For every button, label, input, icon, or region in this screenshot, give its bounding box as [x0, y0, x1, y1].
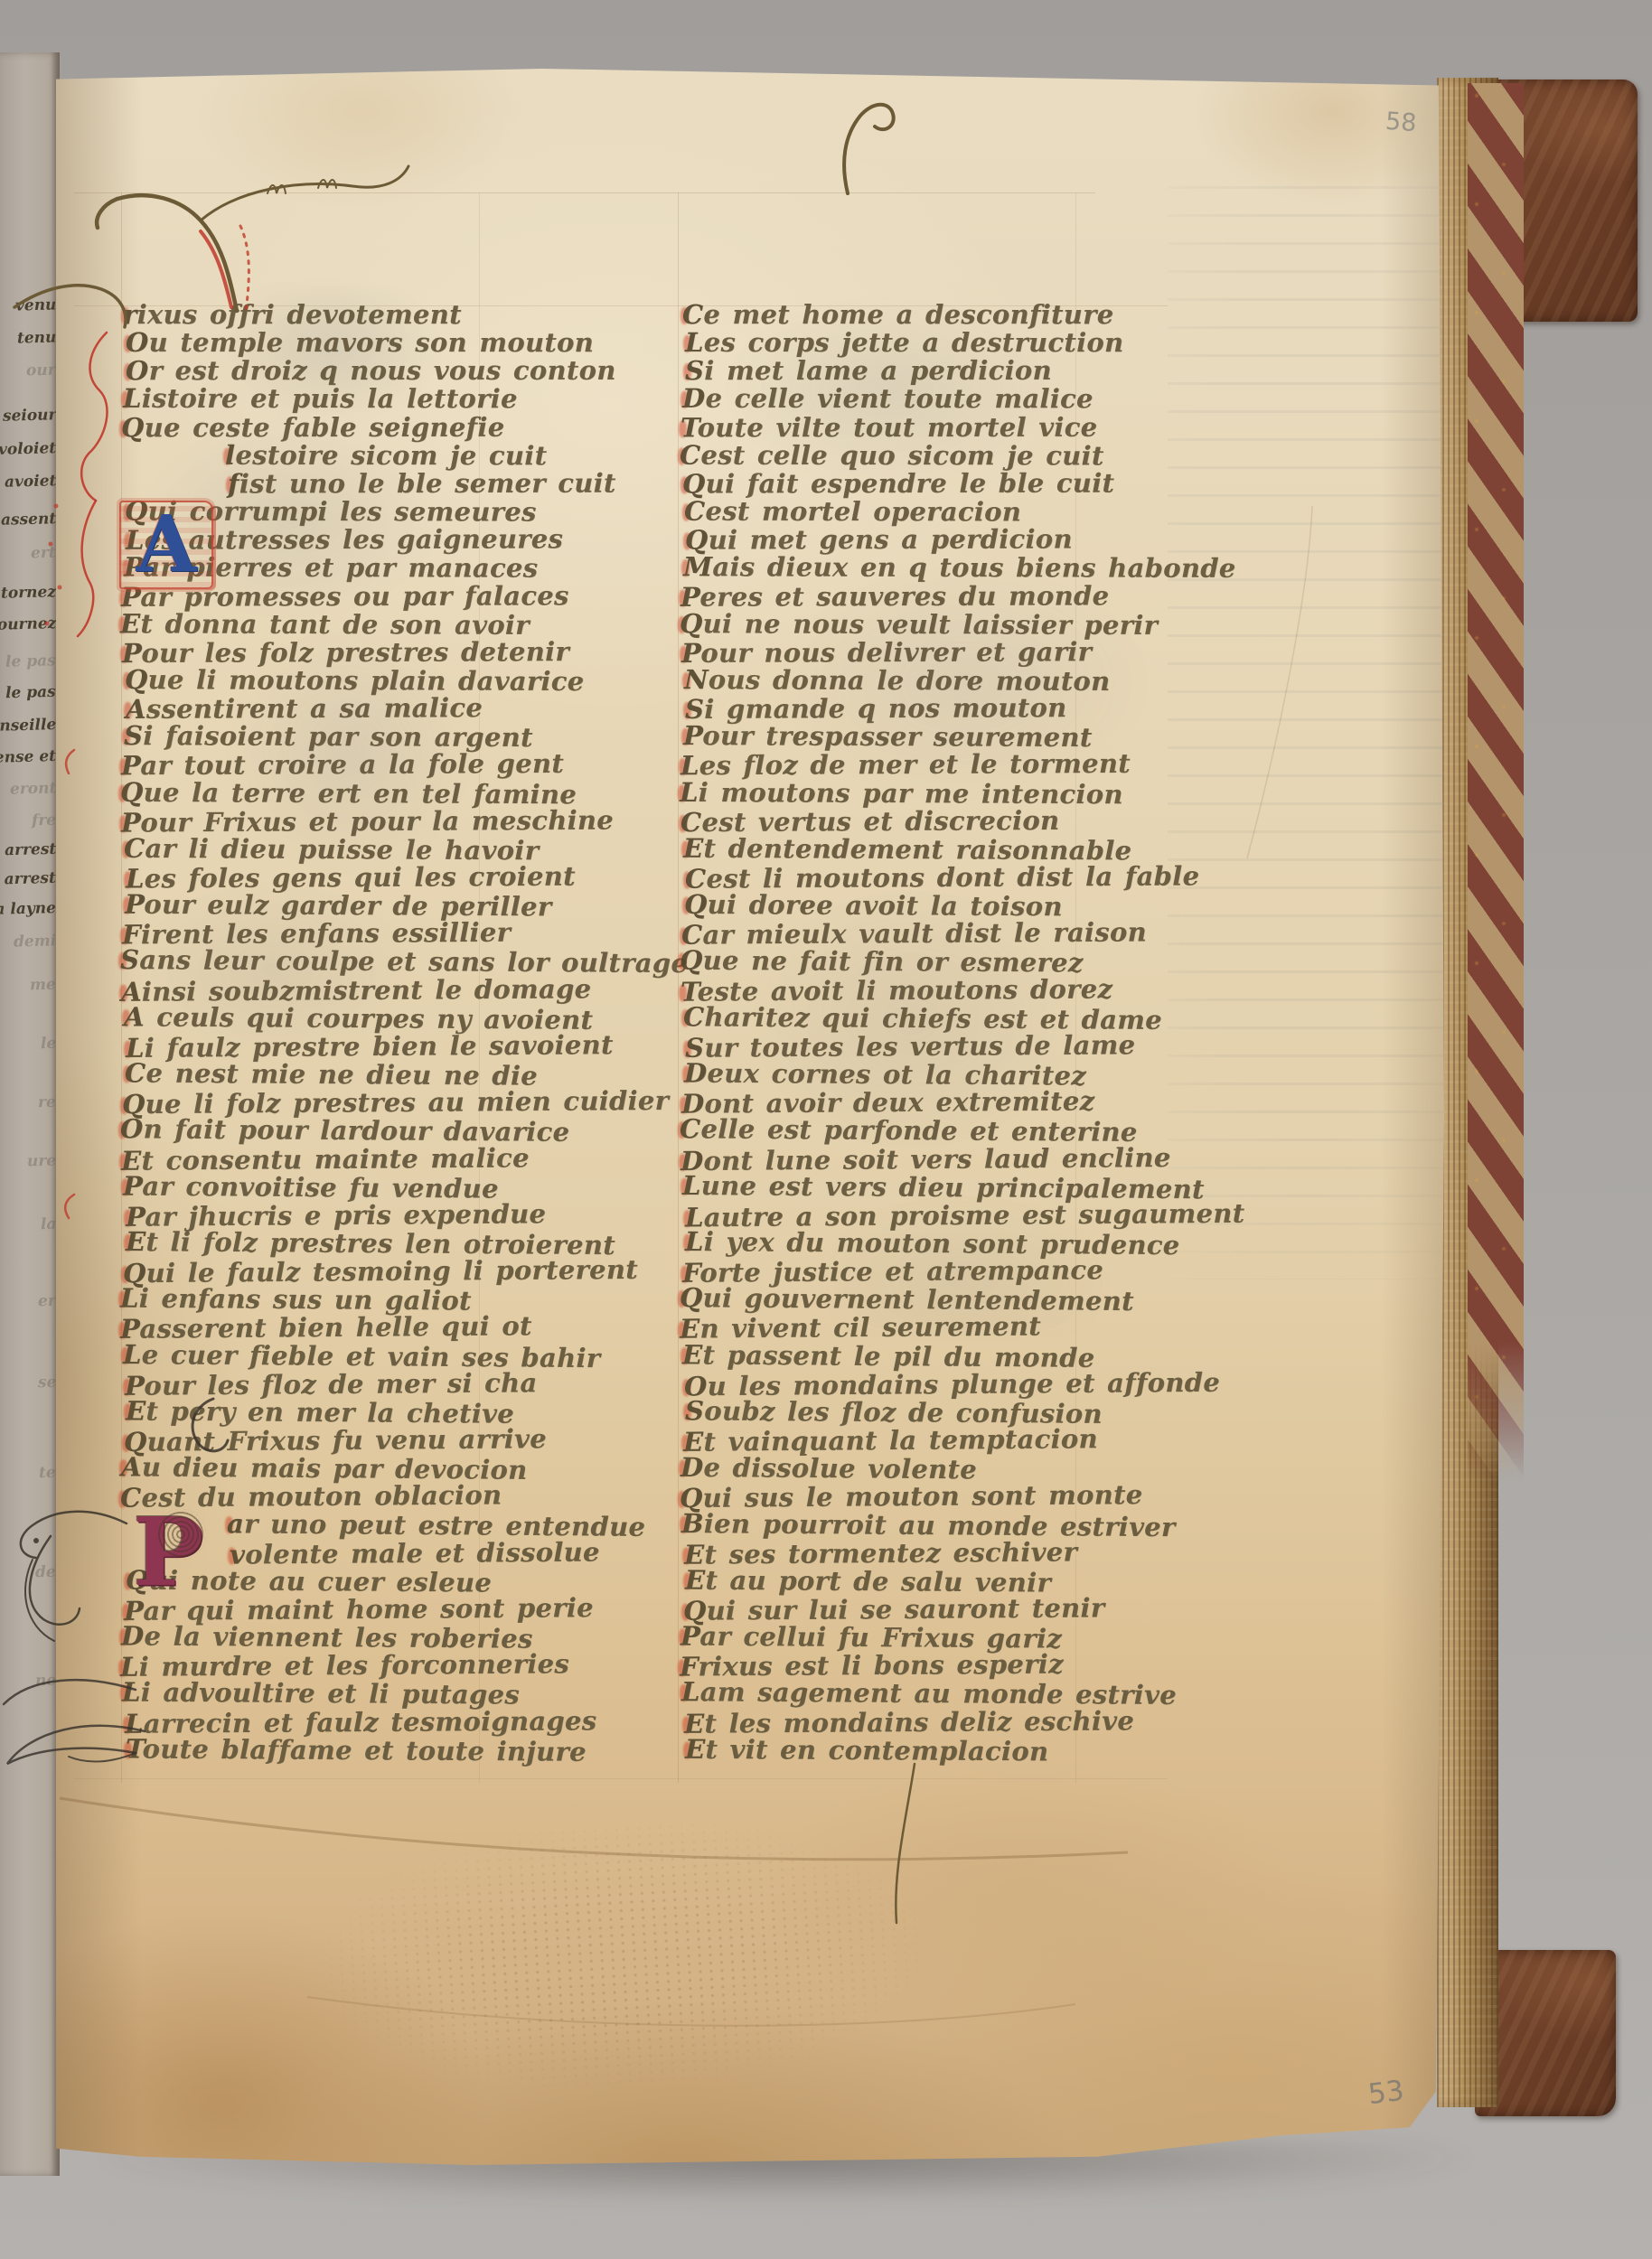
verse-line: fist uno le ble semer cuit: [227, 467, 615, 499]
rubricated-capital: E: [125, 1226, 145, 1257]
rubricated-capital: L: [122, 1677, 141, 1708]
rubricated-capital: C: [682, 299, 703, 330]
rubricated-capital: E: [685, 1733, 706, 1764]
initial-P-spiral-infill: [155, 1509, 206, 1560]
verse-line: Toute vilte tout mortel vice: [681, 411, 1097, 443]
rubricated-capital: D: [681, 1452, 704, 1483]
rubricated-capital: Q: [681, 468, 705, 499]
marginal-fragment: se: [37, 1373, 56, 1392]
marginal-fragment: le pas: [5, 651, 56, 670]
marginal-fragment: ert: [31, 544, 56, 563]
rubricated-capital: B: [681, 1507, 704, 1538]
rubricated-capital: L: [123, 383, 142, 414]
rubricated-capital: L: [123, 1338, 142, 1369]
marginal-fragment: assent: [1, 510, 57, 530]
rubricated-capital: D: [682, 383, 705, 414]
verse-line: Mais dieux en q tous biens habonde: [683, 551, 1236, 584]
rubricated-capital: O: [120, 1113, 144, 1144]
facing-page-edge: venutenuourseiourvoloietavoietassentertt…: [0, 52, 60, 2176]
marginal-fragment: voloiet: [0, 439, 56, 459]
verse-line: Pour nous delivrer et garir: [681, 636, 1092, 669]
rubricated-capital: E: [126, 1395, 146, 1426]
marginal-fragment: me: [30, 976, 56, 995]
marginal-fragment: our: [26, 361, 56, 380]
rubricated-capital: L: [681, 1676, 700, 1707]
marginal-fragment: la layne: [0, 899, 56, 919]
marginal-fragment: seiour: [2, 406, 56, 426]
verse-line: Ce met home a desconfiture: [682, 299, 1113, 330]
marginal-fragment: nul arrest: [0, 840, 56, 860]
verse-line: Que li moutons plain davarice: [125, 664, 585, 697]
marginal-fragment: eront: [9, 779, 56, 798]
marginal-fragment: venu: [14, 295, 56, 314]
verse-line: Qui ne nous veult laissier perir: [680, 608, 1158, 641]
initial-letter-A: A: [136, 506, 197, 584]
rubricated-capital: C: [125, 1057, 146, 1088]
rubricated-capital: T: [126, 1733, 143, 1764]
verse-line: Cest mortel operacion: [684, 496, 1021, 528]
rubricated-capital: l: [225, 440, 235, 471]
rubricated-capital: S: [685, 1395, 705, 1426]
verse-line: Ou temple mavors son mouton: [126, 327, 594, 358]
marginal-fragment: tournez: [0, 614, 56, 634]
parchment-follicle-speckle: [319, 1810, 928, 2103]
manuscript-photograph: venutenuourseiourvoloietavoietassentertt…: [0, 0, 1652, 2259]
rubricated-capital: L: [685, 327, 704, 358]
verse-line: Si met lame a perdicion: [685, 355, 1052, 386]
rubricated-capital: E: [682, 1339, 703, 1370]
rubricated-capital: C: [684, 496, 705, 527]
folio-number-pencil-top: 58: [1384, 108, 1417, 137]
verse-line: Et vit en contemplacion: [685, 1733, 1049, 1767]
marginal-fragment: avoiet: [4, 472, 56, 491]
rubricated-capital: L: [120, 1283, 139, 1314]
rubricated-capital: A: [124, 1001, 145, 1032]
rubricated-capital: E: [683, 833, 704, 864]
verse-line: Que ceste fable seignefie: [121, 411, 504, 443]
rubricated-capital: O: [126, 355, 149, 386]
verse-line: Listoire et puis la lettorie: [123, 383, 518, 414]
rubricated-capital: L: [682, 1169, 701, 1200]
verse-line: Et donna tant de son avoir: [120, 608, 530, 641]
verse-line: lestoire sicom je cuit: [225, 440, 547, 472]
rubricated-capital: A: [121, 1451, 142, 1482]
rubricated-capital: E: [685, 1564, 706, 1595]
rubricated-capital: P: [125, 889, 145, 920]
marginal-fragment: fre: [32, 811, 57, 830]
rubricated-capital: O: [126, 327, 149, 358]
marginal-fragment: un arrest: [0, 869, 56, 889]
rubricated-capital: P: [683, 720, 702, 751]
rubricated-capital: C: [124, 833, 145, 864]
marginal-fragment: re: [38, 1093, 56, 1112]
rubricated-capital: E: [120, 608, 141, 639]
marginal-fragment: ble le pas: [0, 683, 56, 703]
verse-line: Les corps jette a destruction: [685, 327, 1123, 358]
rubricated-capital: L: [684, 1226, 703, 1257]
rubricated-capital: Q: [680, 945, 703, 976]
rubricated-capital: T: [681, 412, 698, 443]
rubricated-capital: S: [120, 944, 139, 975]
rubricated-capital: Q: [680, 608, 703, 639]
rubricated-capital: Q: [120, 776, 144, 807]
rubricated-capital: P: [681, 1620, 700, 1651]
rubricated-capital: S: [685, 355, 704, 386]
verse-line: Cest celle quo sicom je cuit: [680, 439, 1104, 471]
rubricated-capital: Q: [680, 1282, 703, 1313]
marginal-fragment: te: [39, 1464, 56, 1482]
manuscript-page: 58 rixus offri devotementOu temple mavor…: [56, 69, 1444, 2165]
marginal-fragment: de: [35, 1563, 56, 1582]
marginal-fragment: le: [40, 1035, 56, 1053]
marginal-fragment: ure: [27, 1152, 57, 1171]
rubricated-capital: a: [227, 1508, 244, 1539]
outer-edge-shade: [1381, 69, 1444, 2165]
marginal-fragment: onseille: [0, 716, 56, 736]
verse-line: Les floz de mer et le torment: [681, 748, 1131, 781]
verse-line: volente male et dissolue: [230, 1536, 600, 1570]
marginal-fragment: er: [38, 1292, 56, 1311]
ruling-line-top: [74, 192, 1095, 193]
marginal-fragment: tenu: [16, 328, 56, 347]
marginal-fragment: la: [40, 1215, 56, 1233]
marginal-fragment: ne: [35, 1672, 57, 1691]
ruling-line-bottom: [74, 1778, 1168, 1779]
verse-line: De celle vient toute malice: [682, 383, 1094, 414]
folio-number-pencil-bottom: 53: [1366, 2075, 1406, 2112]
fore-edge-decorated-pattern: [1468, 83, 1524, 1482]
rubricated-capital: r: [123, 299, 137, 330]
illuminated-initial-A: A: [119, 501, 213, 589]
rubricated-capital: Q: [125, 664, 148, 695]
verse-line: Toute blaffame et toute injure: [126, 1733, 587, 1767]
rubricated-capital: D: [684, 1057, 708, 1088]
verse-line: rixus offri devotement: [123, 299, 462, 330]
rubricated-capital: P: [123, 1170, 143, 1201]
verse-line: Qui fait espendre le ble cuit: [681, 467, 1113, 499]
marginal-fragment: demi: [14, 932, 57, 951]
marginal-fragment: pense et: [0, 747, 56, 767]
rubricated-capital: f: [227, 468, 239, 499]
verse-line: Or est droiz q nous vous conton: [126, 355, 616, 386]
rubricated-capital: S: [124, 720, 143, 751]
rubricated-capital: C: [680, 439, 700, 470]
rubricated-capital: N: [684, 664, 709, 695]
illuminated-initial-P: P: [119, 1498, 217, 1607]
rubricated-capital: Q: [684, 889, 708, 920]
verse-line: Peres et sauveres du monde: [681, 580, 1109, 612]
rubricated-capital: M: [683, 551, 713, 582]
rubricated-capital: L: [680, 776, 699, 807]
rubricated-capital: C: [680, 1113, 701, 1144]
rubricated-capital: D: [121, 1620, 145, 1651]
marginal-fragment: tornez: [1, 583, 56, 603]
rubricated-capital: Q: [121, 412, 145, 443]
rubricated-capital: C: [683, 1001, 705, 1032]
